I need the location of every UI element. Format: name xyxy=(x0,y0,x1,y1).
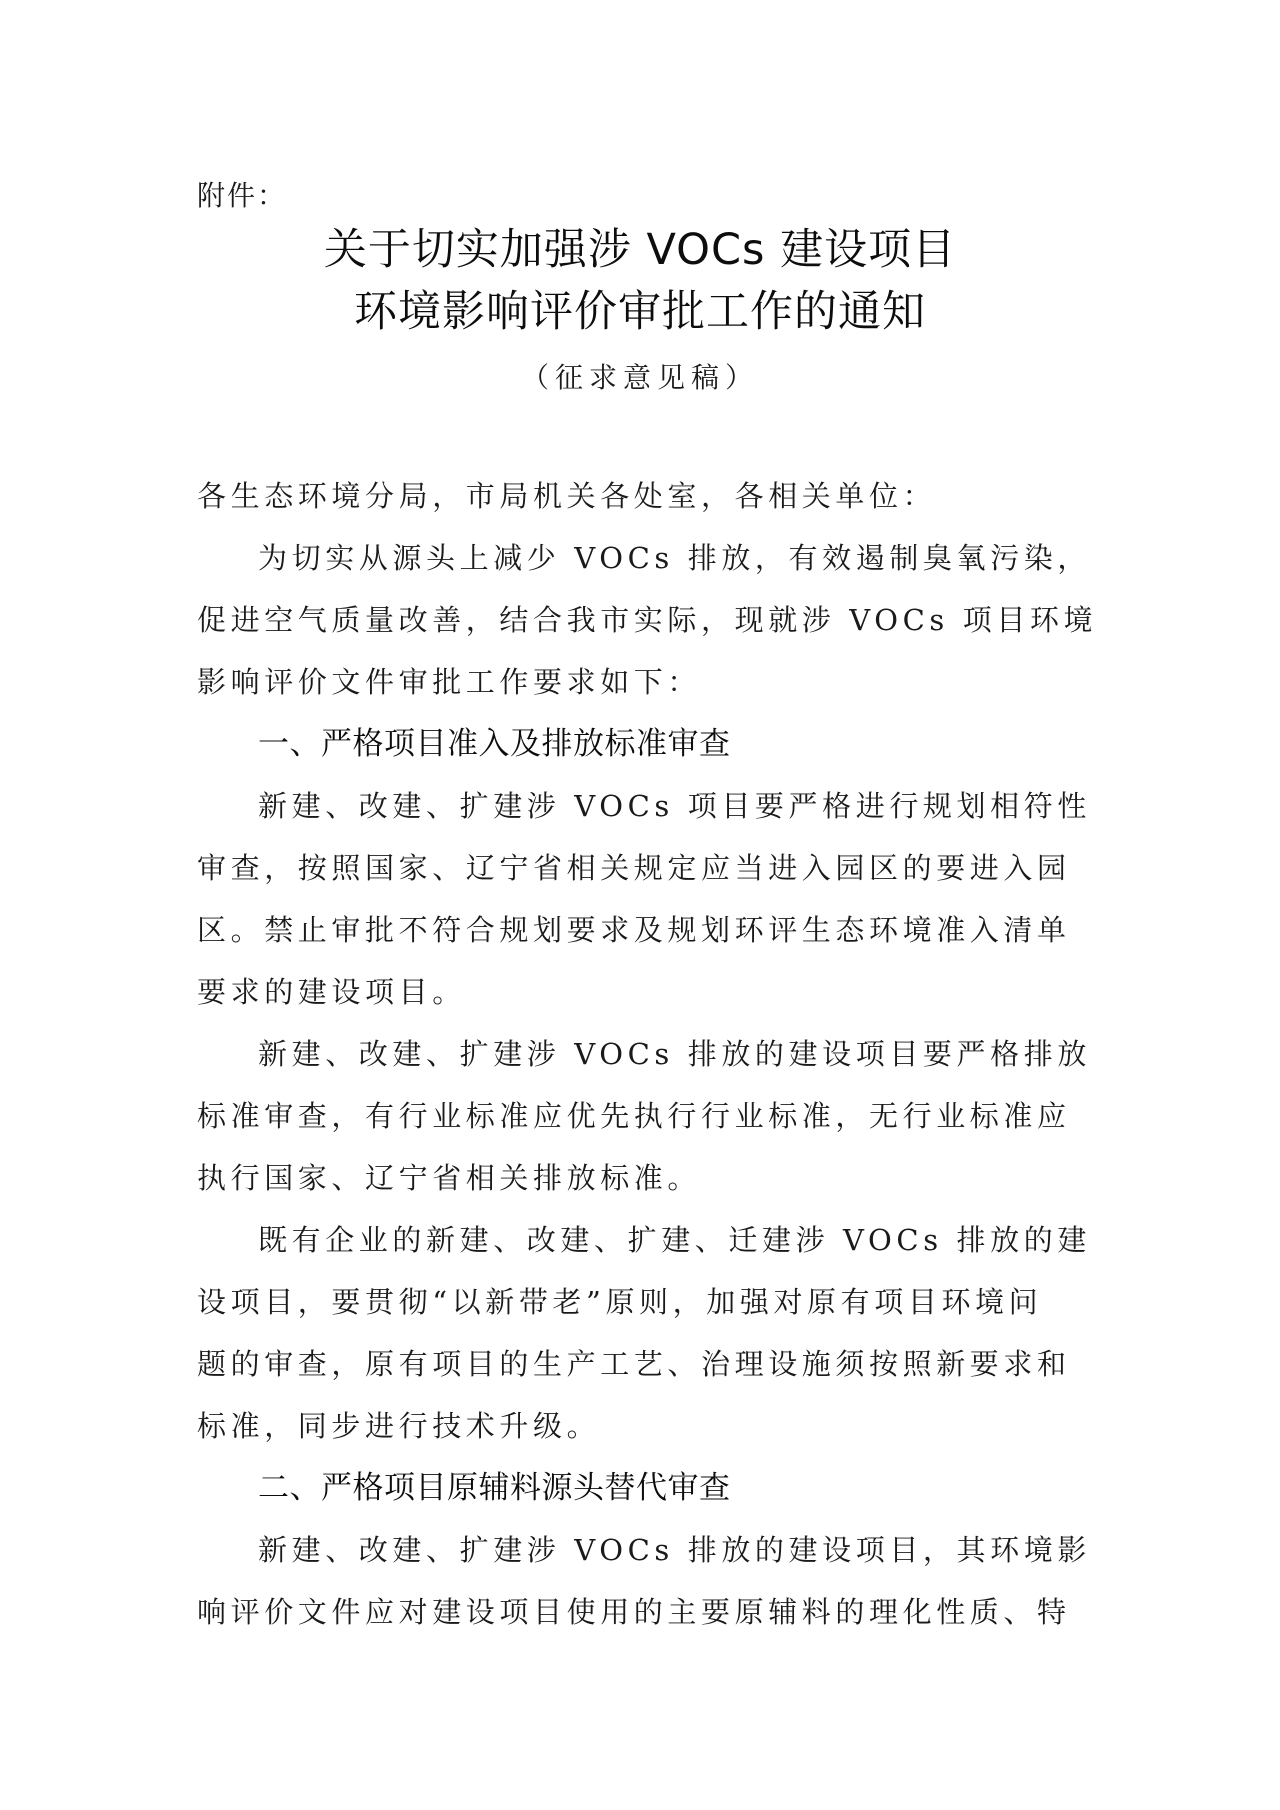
section-1-para-2-line-3: 执行国家、辽宁省相关排放标准。 xyxy=(197,1158,1092,1198)
document-page: 附件： 关于切实加强涉 VOCs 建设项目 环境影响评价审批工作的通知 （征求意… xyxy=(0,0,1280,1810)
section-2-para-1-line-1: 新建、改建、扩建涉 VOCs 排放的建设项目，其环境影 xyxy=(258,1530,1092,1570)
section-1-para-1-line-3: 区。禁止审批不符合规划要求及规划环评生态环境准入清单 xyxy=(197,910,1092,950)
section-2-para-1-line-2: 响评价文件应对建设项目使用的主要原辅料的理化性质、特 xyxy=(197,1592,1092,1632)
attachment-label: 附件： xyxy=(197,176,1092,216)
document-subtitle: （征求意见稿） xyxy=(0,358,1280,398)
section-1-para-3-line-1: 既有企业的新建、改建、扩建、迁建涉 VOCs 排放的建 xyxy=(258,1220,1092,1260)
section-1-para-2-line-1: 新建、改建、扩建涉 VOCs 排放的建设项目要严格排放 xyxy=(258,1034,1092,1074)
intro-line-2: 促进空气质量改善，结合我市实际，现就涉 VOCs 项目环境 xyxy=(197,600,1092,640)
intro-line-3: 影响评价文件审批工作要求如下： xyxy=(197,662,1092,702)
document-title-line-1: 关于切实加强涉 VOCs 建设项目 xyxy=(0,222,1280,278)
section-1-para-3-line-2: 设项目，要贯彻“以新带老”原则，加强对原有项目环境问 xyxy=(197,1282,1092,1322)
section-1-para-1-line-2: 审查，按照国家、辽宁省相关规定应当进入园区的要进入园 xyxy=(197,848,1092,888)
section-1-para-2-line-2: 标准审查，有行业标准应优先执行行业标准，无行业标准应 xyxy=(197,1096,1092,1136)
section-1-para-1-line-4: 要求的建设项目。 xyxy=(197,972,1092,1012)
document-title-line-2: 环境影响评价审批工作的通知 xyxy=(0,284,1280,340)
section-heading-2: 二、严格项目原辅料源头替代审查 xyxy=(258,1468,731,1508)
intro-line-1: 为切实从源头上减少 VOCs 排放，有效遏制臭氧污染， xyxy=(258,538,1092,578)
salutation: 各生态环境分局，市局机关各处室，各相关单位： xyxy=(197,476,1092,516)
section-1-para-3-line-4: 标准，同步进行技术升级。 xyxy=(197,1406,1092,1446)
section-1-para-3-line-3: 题的审查，原有项目的生产工艺、治理设施须按照新要求和 xyxy=(197,1344,1092,1384)
section-heading-1: 一、严格项目准入及排放标准审查 xyxy=(258,724,731,764)
section-1-para-1-line-1: 新建、改建、扩建涉 VOCs 项目要严格进行规划相符性 xyxy=(258,786,1092,826)
